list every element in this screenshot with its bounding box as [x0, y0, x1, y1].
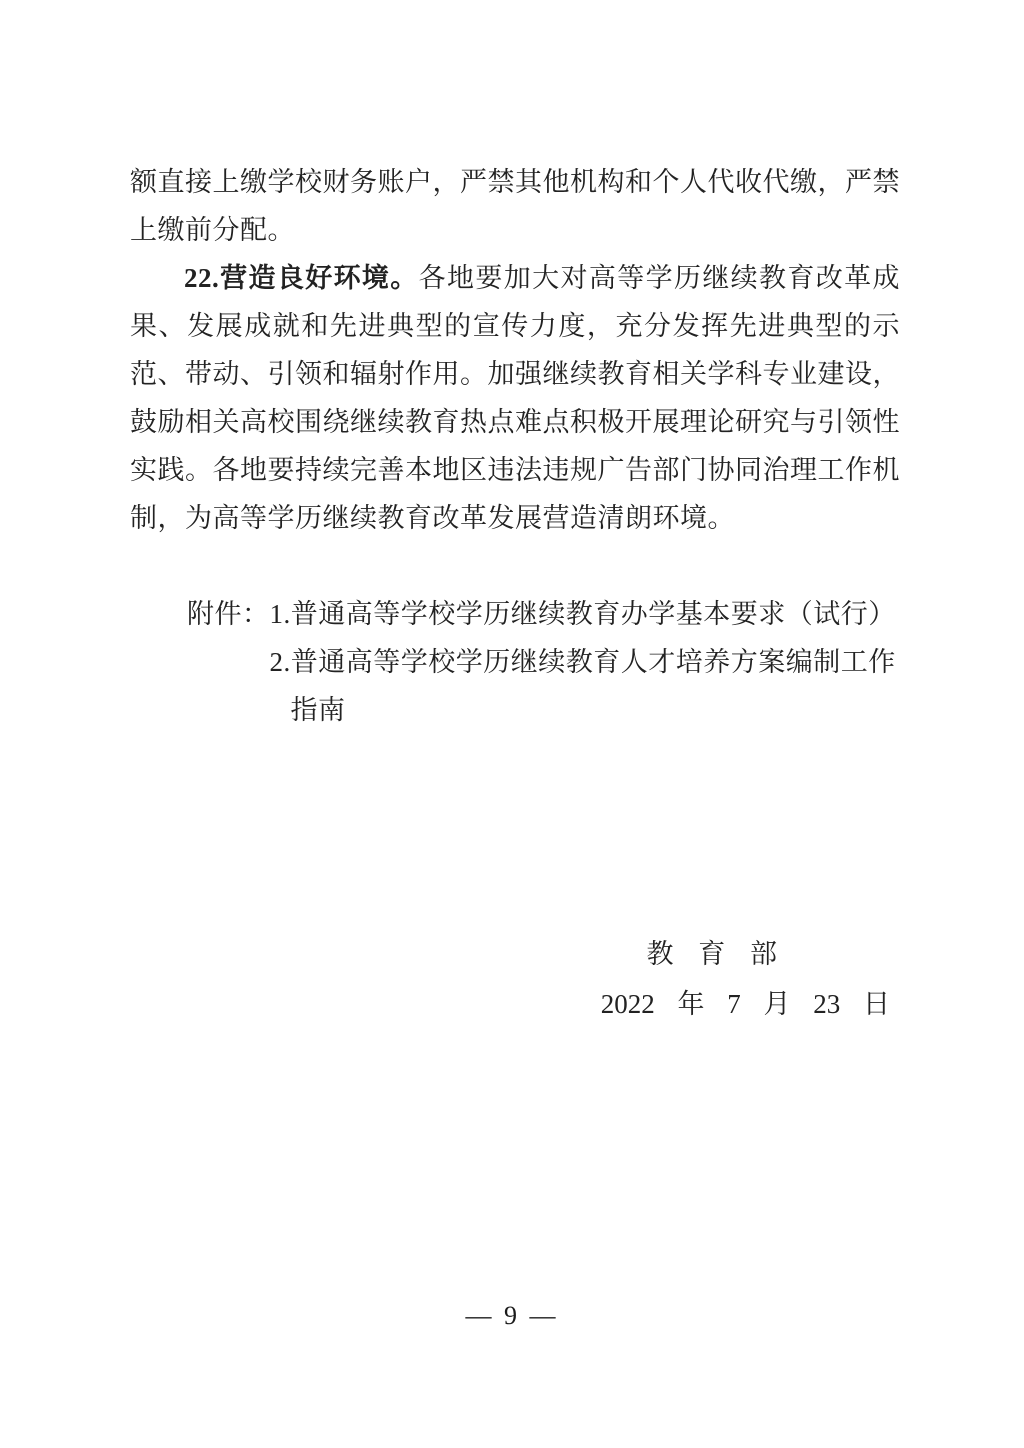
- attachment-item-2: 2.普通高等学校学历继续教育人才培养方案编制工作指南: [270, 638, 901, 734]
- page-number: — 9 —: [0, 1296, 1024, 1336]
- paragraph-continuation: 额直接上缴学校财务账户，严禁其他机构和个人代收代缴，严禁上缴前分配。: [130, 158, 900, 254]
- signature-issuer: 教 育 部: [0, 930, 1024, 978]
- paragraph-item-22: 22.营造良好环境。各地要加大对高等学历继续教育改革成果、发展成就和先进典型的宣…: [130, 254, 900, 542]
- attachment-block: 附件： 1.普通高等学校学历继续教育办学基本要求（试行） 2.普通高等学校学历继…: [130, 590, 900, 734]
- signature-block: 教 育 部 2022 年 7 月 23 日: [0, 930, 1024, 1028]
- item-22-text: 各地要加大对高等学历继续教育改革成果、发展成就和先进典型的宣传力度，充分发挥先进…: [130, 263, 900, 533]
- item-22-heading: 22.营造良好环境。: [184, 263, 419, 293]
- attachment-label: 附件：: [187, 590, 270, 638]
- document-body: 额直接上缴学校财务账户，严禁其他机构和个人代收代缴，严禁上缴前分配。 22.营造…: [130, 158, 900, 734]
- attachment-list: 1.普通高等学校学历继续教育办学基本要求（试行） 2.普通高等学校学历继续教育人…: [270, 590, 901, 734]
- attachment-item-1: 1.普通高等学校学历继续教育办学基本要求（试行）: [270, 590, 901, 638]
- document-page: 额直接上缴学校财务账户，严禁其他机构和个人代收代缴，严禁上缴前分配。 22.营造…: [0, 0, 1024, 1448]
- signature-date: 2022 年 7 月 23 日: [0, 980, 1024, 1028]
